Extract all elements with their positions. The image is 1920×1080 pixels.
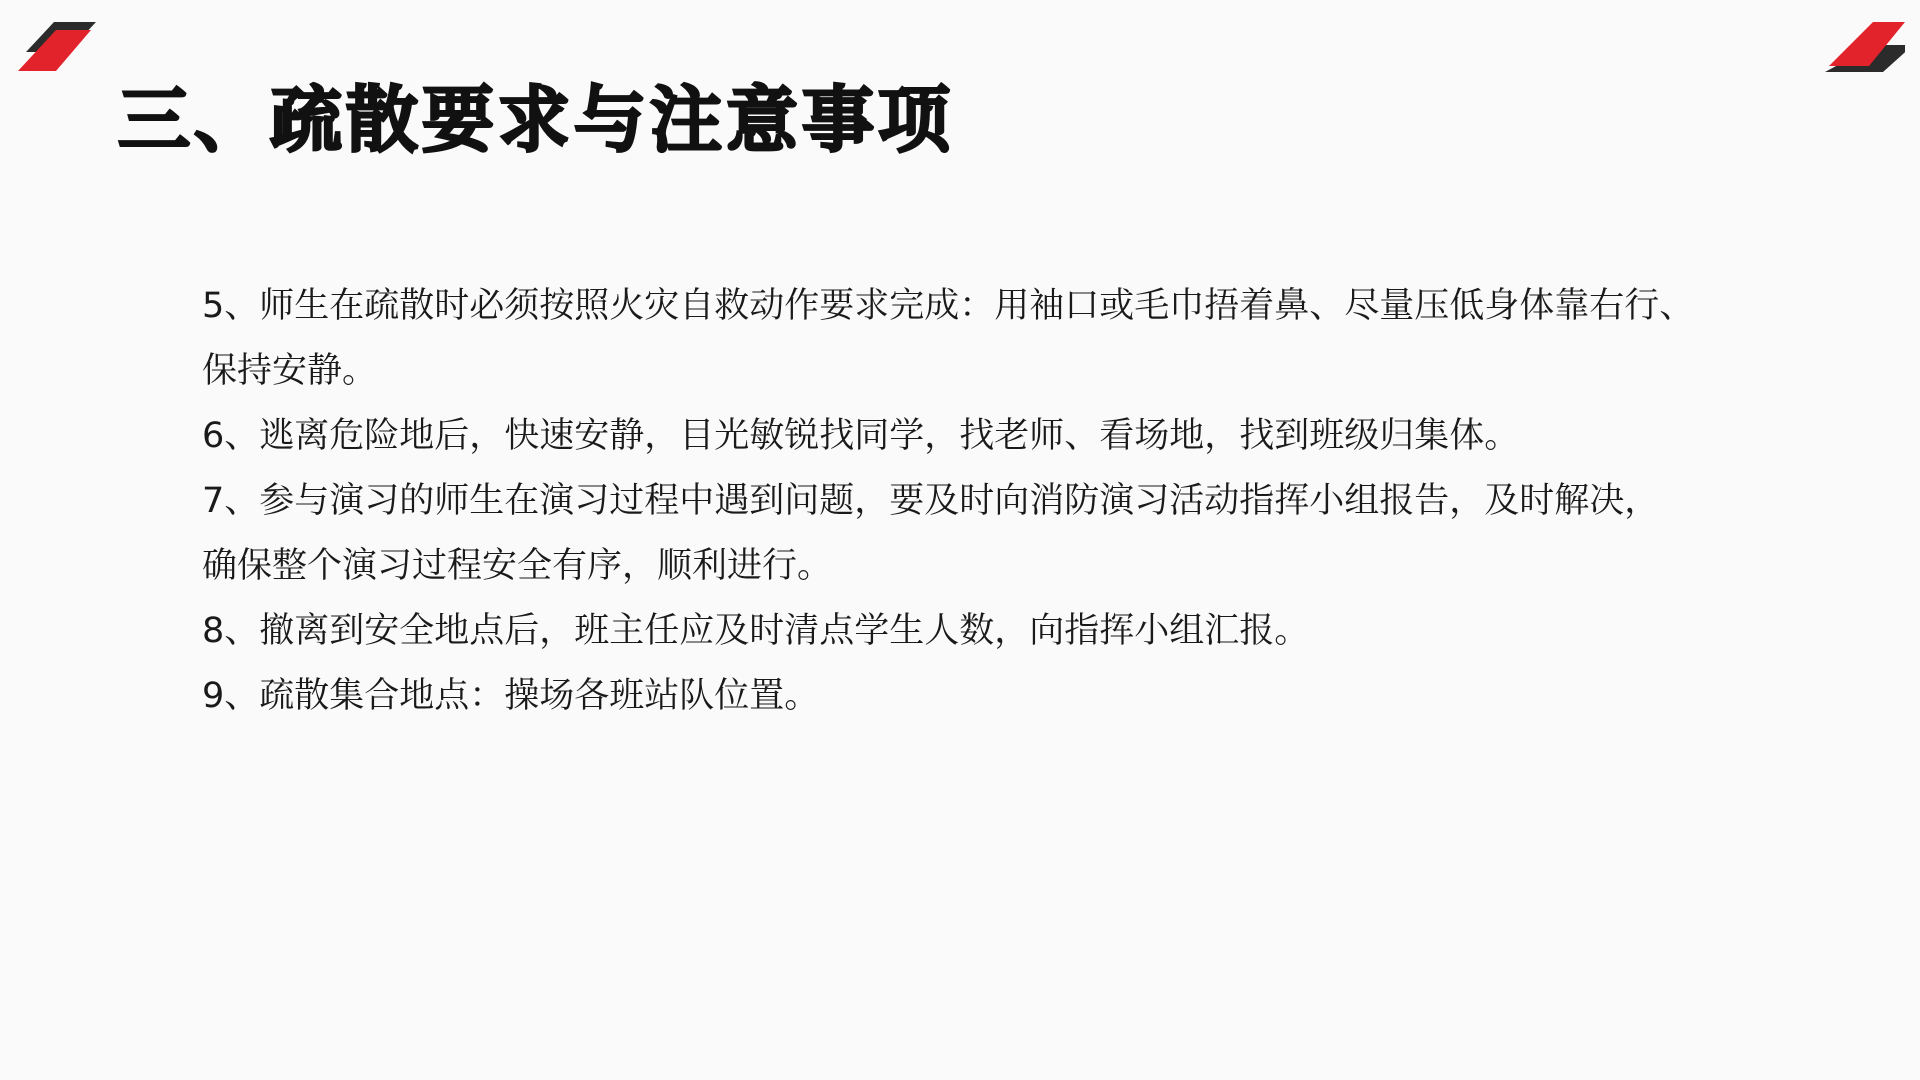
item-text: 5、师生在疏散时必须按照火灾自救动作要求完成：用袖口或毛巾捂着鼻、尽量压低身体靠… — [202, 274, 1762, 339]
item-text-continued: 保持安静。 — [202, 339, 1762, 404]
requirements-list: 5、师生在疏散时必须按照火灾自救动作要求完成：用袖口或毛巾捂着鼻、尽量压低身体靠… — [202, 274, 1762, 729]
item-text: 9、疏散集合地点：操场各班站队位置。 — [202, 664, 1762, 729]
item-text: 7、参与演习的师生在演习过程中遇到问题，要及时向消防演习活动指挥小组报告，及时解… — [202, 469, 1762, 534]
list-item: 9、疏散集合地点：操场各班站队位置。 — [202, 664, 1762, 729]
item-text: 8、撤离到安全地点后，班主任应及时清点学生人数，向指挥小组汇报。 — [202, 599, 1762, 664]
list-item: 8、撤离到安全地点后，班主任应及时清点学生人数，向指挥小组汇报。 — [202, 599, 1762, 664]
item-text: 6、逃离危险地后，快速安静，目光敏锐找同学，找老师、看场地，找到班级归集体。 — [202, 404, 1762, 469]
slash-logo-right-icon — [1825, 22, 1905, 74]
slash-logo-left-icon — [18, 22, 98, 74]
list-item: 5、师生在疏散时必须按照火灾自救动作要求完成：用袖口或毛巾捂着鼻、尽量压低身体靠… — [202, 274, 1762, 404]
list-item: 6、逃离危险地后，快速安静，目光敏锐找同学，找老师、看场地，找到班级归集体。 — [202, 404, 1762, 469]
item-text-continued: 确保整个演习过程安全有序，顺利进行。 — [202, 534, 1762, 599]
list-item: 7、参与演习的师生在演习过程中遇到问题，要及时向消防演习活动指挥小组报告，及时解… — [202, 469, 1762, 599]
slide-title: 三、疏散要求与注意事项 — [118, 62, 954, 166]
